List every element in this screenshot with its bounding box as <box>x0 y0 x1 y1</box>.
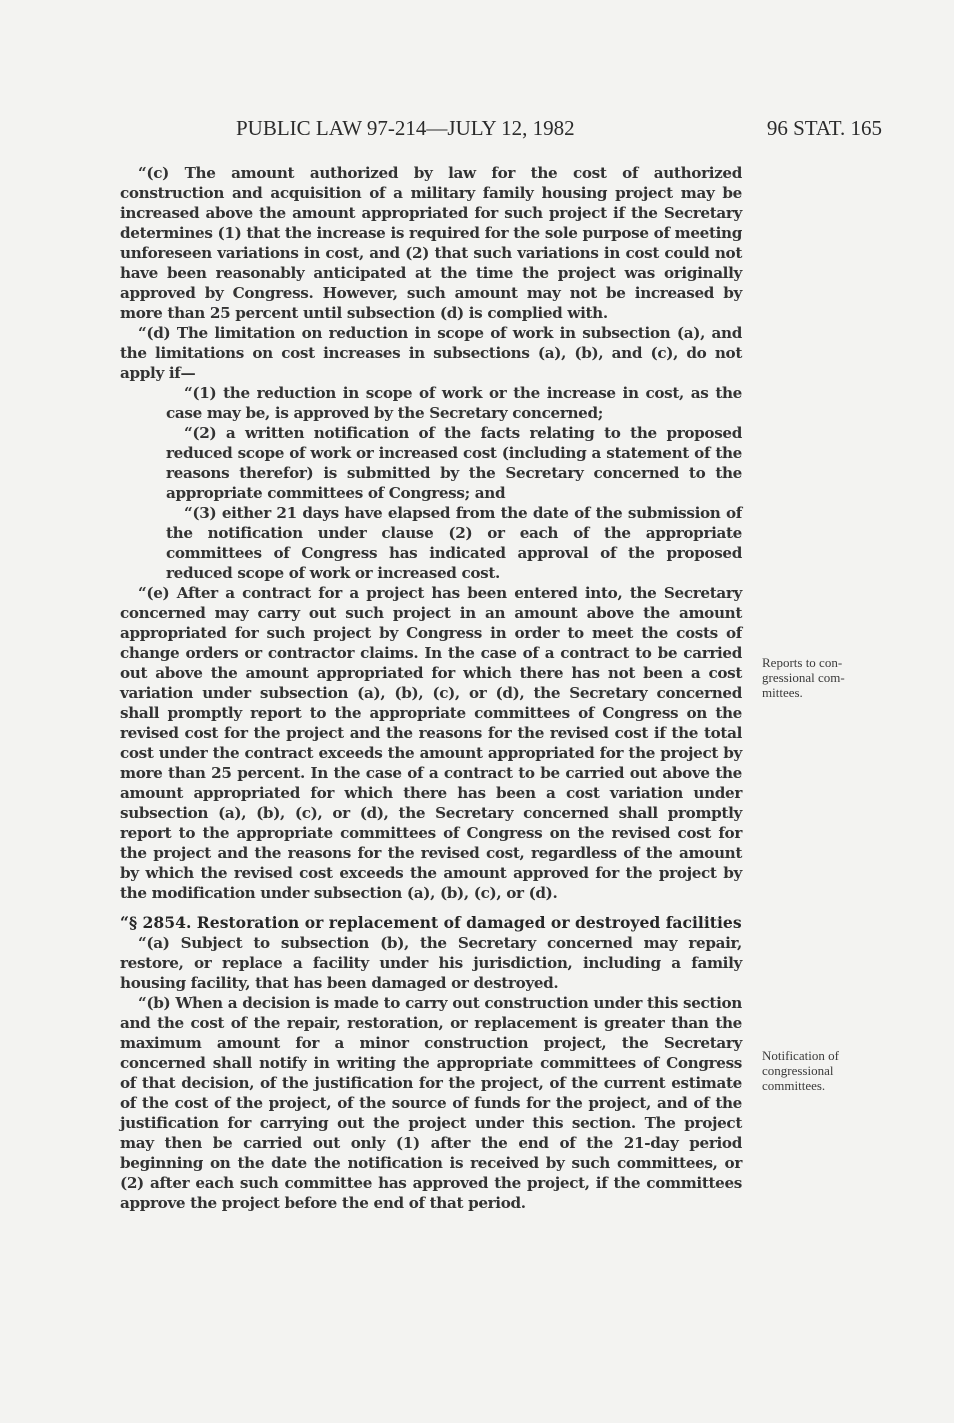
section-2854-heading: “§ 2854. Restoration or replacement of d… <box>120 913 742 933</box>
document-body: “(c) The amount authorized by law for th… <box>120 163 742 1213</box>
subsection-d: “(d) The limitation on reduction in scop… <box>120 323 742 383</box>
section-2854-subsection-b: “(b) When a decision is made to carry ou… <box>120 993 742 1213</box>
clause-1: “(1) the reduction in scope of work or t… <box>166 383 742 423</box>
margin-note-reports: Reports to con- gressional com- mittees. <box>762 655 882 700</box>
clause-2: “(2) a written notification of the facts… <box>166 423 742 503</box>
subsection-e: “(e) After a contract for a project has … <box>120 583 742 903</box>
margin-note-notification: Notification of congressional committees… <box>762 1048 882 1093</box>
clause-3: “(3) either 21 days have elapsed from th… <box>166 503 742 583</box>
section-2854-subsection-a: “(a) Subject to subsection (b), the Secr… <box>120 933 742 993</box>
page-header: PUBLIC LAW 97-214—JULY 12, 1982 96 STAT.… <box>236 116 882 144</box>
subsection-c: “(c) The amount authorized by law for th… <box>120 163 742 323</box>
statute-page-number: 96 STAT. 165 <box>767 116 882 141</box>
public-law-citation: PUBLIC LAW 97-214—JULY 12, 1982 <box>236 116 575 141</box>
